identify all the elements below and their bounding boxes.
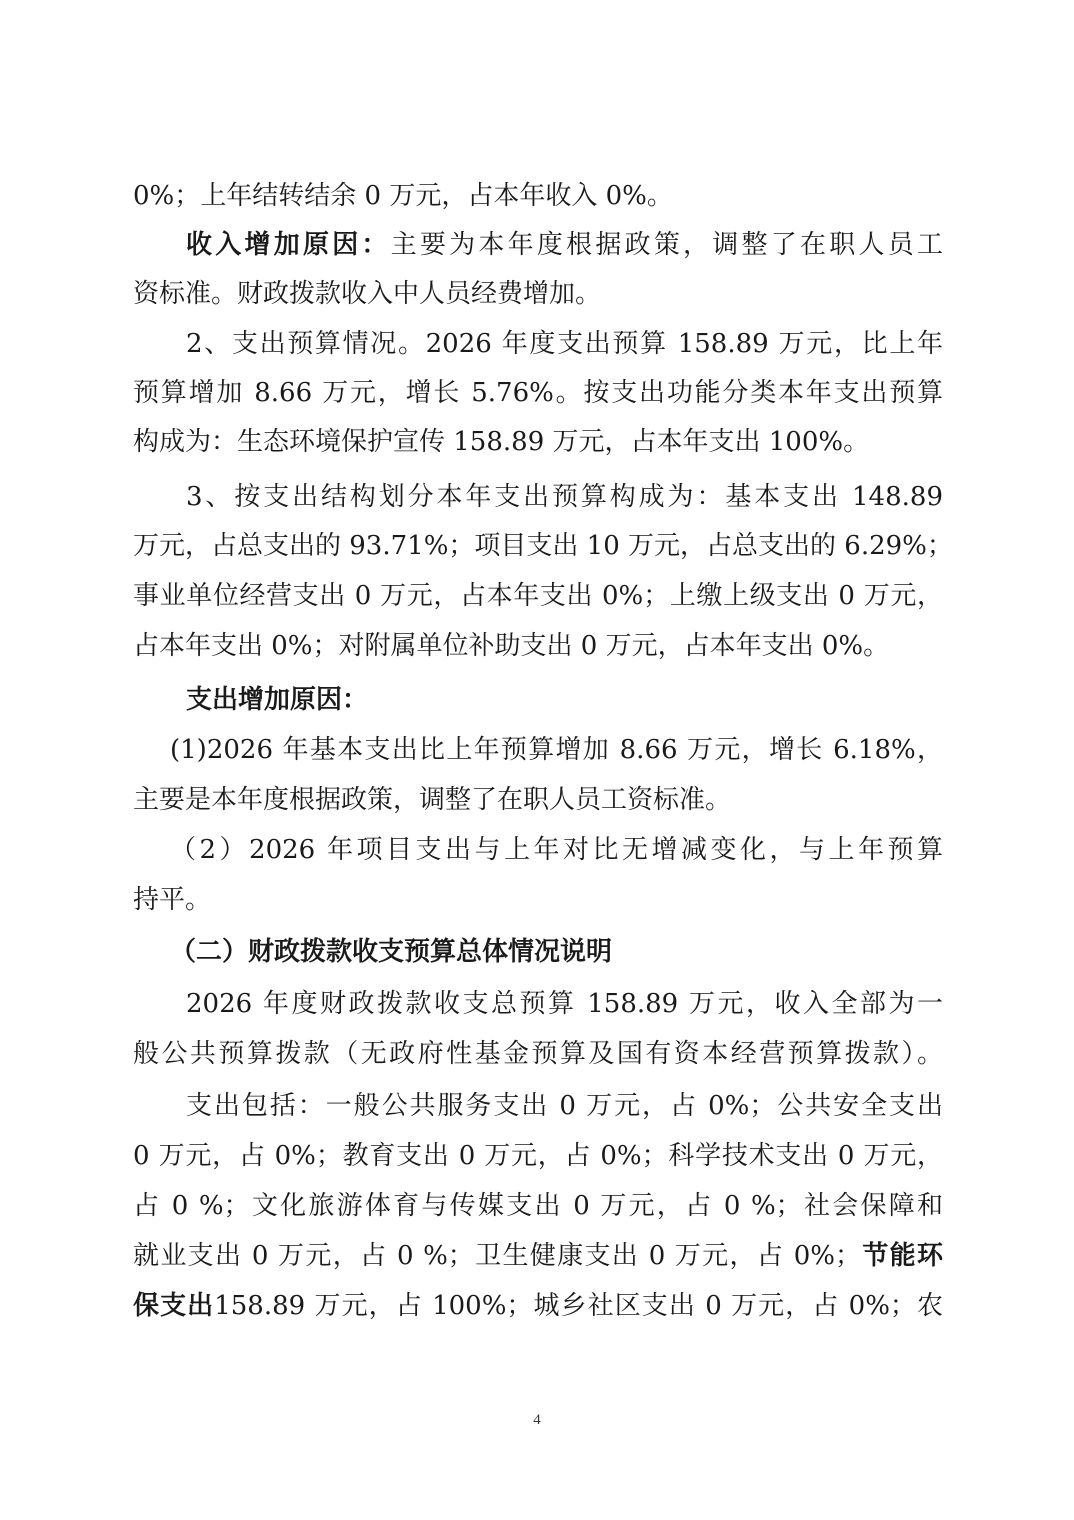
line-text: 2026 年度财政拨款收支总预算 158.89 万元，收入全部为一: [186, 989, 943, 1019]
section-heading: （二）财政拨款收支预算总体情况说明: [170, 932, 943, 972]
paragraph-line: 资标准。财政拨款收入中人员经费增加。: [133, 274, 943, 314]
paragraph-line: 支出增加原因：: [186, 680, 943, 720]
line-text: 3、按支出结构划分本年支出预算构成为：基本支出 148.89: [186, 482, 943, 512]
paragraph-line: 支出包括：一般公共服务支出 0 万元，占 0%；公共安全支出: [186, 1086, 943, 1126]
line-text: 就业支出 0 万元，占 0 %；卫生健康支出 0 万元，占 0%；: [133, 1241, 861, 1271]
line-text: （2）2026 年项目支出与上年对比无增减变化，与上年预算: [170, 835, 943, 865]
line-text: 主要为本年度根据政策，调整了在职人员工: [391, 230, 943, 260]
paragraph-line: （2）2026 年项目支出与上年对比无增减变化，与上年预算: [170, 830, 943, 870]
paragraph-line: 万元，占总支出的 93.71%；项目支出 10 万元，占总支出的 6.29%；: [133, 526, 943, 566]
paragraph-line: 0%；上年结转结余 0 万元，占本年收入 0%。: [133, 176, 943, 216]
paragraph-line: 2、支出预算情况。2026 年度支出预算 158.89 万元，比上年: [186, 324, 943, 364]
line-text: 构成为：生态环境保护宣传 158.89 万元，占本年支出 100%。: [133, 427, 869, 457]
expense-increase-reason-heading: 支出增加原因：: [186, 685, 368, 715]
paragraph-line: 构成为：生态环境保护宣传 158.89 万元，占本年支出 100%。: [133, 422, 943, 462]
line-text: 般公共预算拨款（无政府性基金预算及国有资本经营预算拨款）。: [133, 1039, 943, 1069]
line-text: 持平。: [133, 885, 211, 915]
line-text: 158.89 万元，占 100%；城乡社区支出 0 万元，占 0%；农: [214, 1291, 943, 1321]
paragraph-line: 持平。: [133, 880, 943, 920]
document-page: 0%；上年结转结余 0 万元，占本年收入 0%。 收入增加原因：主要为本年度根据…: [0, 0, 1074, 1520]
line-text: 支出包括：一般公共服务支出 0 万元，占 0%；公共安全支出: [186, 1091, 943, 1121]
line-text: 万元，占总支出的 93.71%；项目支出 10 万元，占总支出的 6.29%；: [133, 531, 953, 561]
line-text: 2、支出预算情况。2026 年度支出预算 158.89 万元，比上年: [186, 329, 943, 359]
paragraph-line: 占本年支出 0%；对附属单位补助支出 0 万元，占本年支出 0%。: [133, 626, 943, 666]
paragraph-line: 收入增加原因：主要为本年度根据政策，调整了在职人员工: [186, 225, 943, 265]
line-text: 预算增加 8.66 万元，增长 5.76%。按支出功能分类本年支出预算: [133, 378, 943, 408]
page-number: 4: [527, 1412, 547, 1429]
line-text: 0%；上年结转结余 0 万元，占本年收入 0%。: [133, 181, 673, 211]
paragraph-line: 占 0 %；文化旅游体育与传媒支出 0 万元，占 0 %；社会保障和: [133, 1186, 943, 1226]
energy-environment-label-cont: 保支出: [133, 1291, 214, 1321]
line-text: (1)2026 年基本支出比上年预算增加 8.66 万元，增长 6.18%，: [170, 735, 943, 765]
paragraph-line: 般公共预算拨款（无政府性基金预算及国有资本经营预算拨款）。: [133, 1034, 943, 1074]
paragraph-line: 主要是本年度根据政策，调整了在职人员工资标准。: [133, 780, 943, 820]
income-increase-reason-label: 收入增加原因：: [186, 230, 391, 260]
line-text: 占 0 %；文化旅游体育与传媒支出 0 万元，占 0 %；社会保障和: [133, 1191, 943, 1221]
line-text: 占本年支出 0%；对附属单位补助支出 0 万元，占本年支出 0%。: [133, 631, 889, 661]
energy-environment-label: 节能环: [861, 1241, 943, 1271]
paragraph-line: 2026 年度财政拨款收支总预算 158.89 万元，收入全部为一: [186, 984, 943, 1024]
paragraph-line: (1)2026 年基本支出比上年预算增加 8.66 万元，增长 6.18%，: [170, 730, 943, 770]
section-title-fiscal-appropriation: （二）财政拨款收支预算总体情况说明: [170, 937, 612, 967]
line-text: 事业单位经营支出 0 万元，占本年支出 0%；上缴上级支出 0 万元，: [133, 581, 943, 611]
paragraph-line: 0 万元，占 0%；教育支出 0 万元，占 0%；科学技术支出 0 万元，: [133, 1136, 943, 1176]
paragraph-line: 3、按支出结构划分本年支出预算构成为：基本支出 148.89: [186, 477, 943, 517]
paragraph-line: 就业支出 0 万元，占 0 %；卫生健康支出 0 万元，占 0%；节能环: [133, 1236, 943, 1276]
paragraph-line: 事业单位经营支出 0 万元，占本年支出 0%；上缴上级支出 0 万元，: [133, 576, 943, 616]
line-text: 资标准。财政拨款收入中人员经费增加。: [133, 279, 601, 309]
line-text: 主要是本年度根据政策，调整了在职人员工资标准。: [133, 785, 731, 815]
paragraph-line: 保支出158.89 万元，占 100%；城乡社区支出 0 万元，占 0%；农: [133, 1286, 943, 1326]
line-text: 0 万元，占 0%；教育支出 0 万元，占 0%；科学技术支出 0 万元，: [133, 1141, 943, 1171]
paragraph-line: 预算增加 8.66 万元，增长 5.76%。按支出功能分类本年支出预算: [133, 373, 943, 413]
